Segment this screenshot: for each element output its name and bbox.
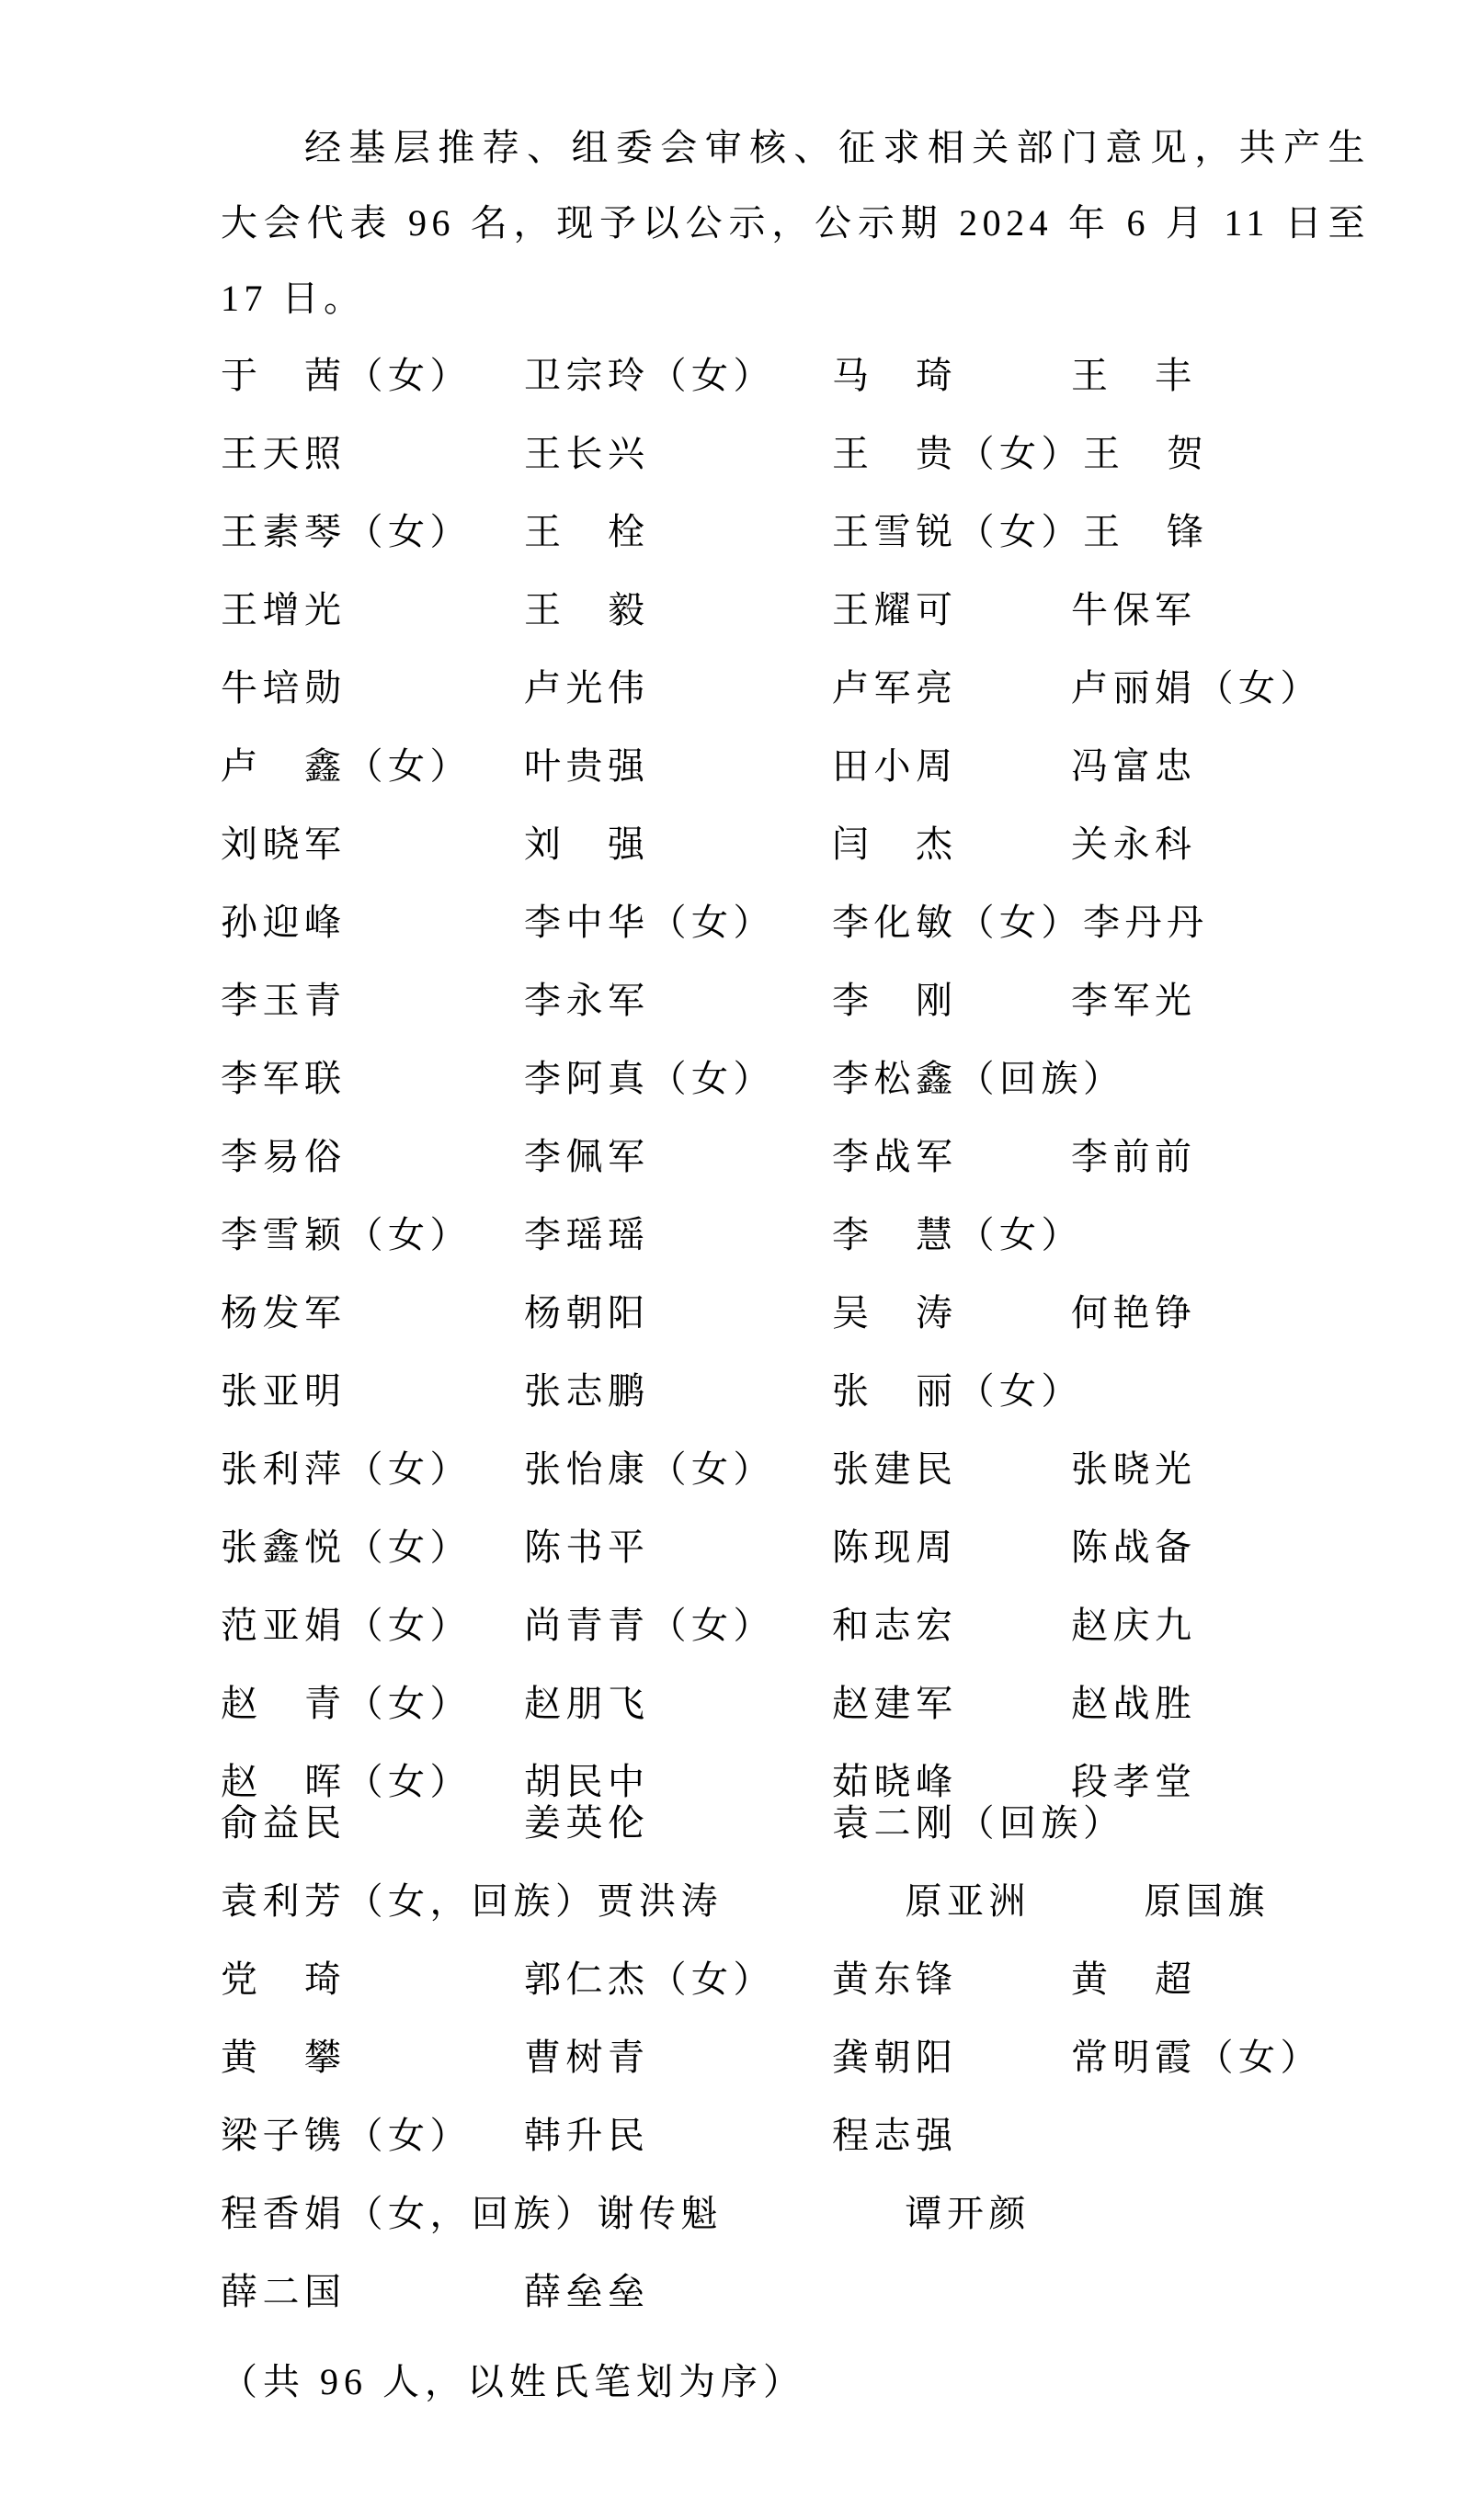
delegate-name: 张建民 [832,1430,1071,1508]
delegate-name: 张志鹏 [524,1352,832,1430]
delegate-name: 曹树青 [524,2018,832,2096]
delegate-name: 牛保军 [1071,571,1197,649]
delegate-name: 王耀可 [832,571,1071,649]
delegate-name: 黄 超 [1071,1940,1197,2018]
name-row: 赵 青（女）赵朋飞赵建军赵战胜 [221,1664,1370,1742]
delegate-name: 马 琦 [832,336,1071,414]
delegate-name: 张利萍（女） [221,1430,524,1508]
name-row: 李军联李阿真（女）李松鑫（回族） [221,1039,1370,1118]
delegate-name: 李 刚 [832,961,1071,1039]
delegate-name: 常明霞（女） [1071,2018,1322,2096]
delegate-name: 赵 青（女） [221,1664,524,1742]
delegate-name: 田小周 [832,727,1071,805]
delegate-name: 李 慧（女） [832,1196,1083,1274]
delegate-name: 薛垒垒 [524,2253,832,2331]
delegate-name: 王雪锐（女） [832,493,1083,571]
delegate-name: 原亚洲 [906,1862,1145,1940]
delegate-name: 王天照 [221,414,524,493]
name-row: 范亚娟（女）尚青青（女）和志宏赵庆九 [221,1586,1370,1664]
delegate-name: 和志宏 [832,1586,1071,1664]
name-row: 黄 攀曹树青龚朝阳常明霞（女） [221,2018,1370,2096]
delegate-name: 俞益民 [221,1784,524,1862]
delegate-name: 李前前 [1071,1118,1197,1196]
delegate-name: 王 锋 [1083,493,1209,571]
delegate-name: 王 贺 [1083,414,1209,493]
delegate-name: 李佩军 [524,1118,832,1196]
delegate-name: 吴 涛 [832,1274,1071,1352]
intro-line-3: 17 日。 [221,261,1370,336]
name-row: 张亚明张志鹏张 丽（女） [221,1352,1370,1430]
delegate-name: 谢传魁 [598,2174,906,2253]
delegate-name: 王长兴 [524,414,832,493]
delegate-name: 陈书平 [524,1508,832,1586]
delegate-name: 黄东锋 [832,1940,1071,2018]
delegate-name: 李化敏（女） [832,883,1083,961]
delegate-name: 卢光伟 [524,649,832,727]
delegate-name: 谭开颜 [906,2174,1145,2253]
delegate-name: 张鑫悦（女） [221,1508,524,1586]
delegate-name: 郭仁杰（女） [524,1940,832,2018]
name-row: 王增光王 毅王耀可牛保军 [221,571,1370,649]
delegate-name: 陈战备 [1071,1508,1197,1586]
delegate-name: 黄 攀 [221,2018,524,2096]
delegate-name: 李丹丹 [1083,883,1209,961]
name-row: 卢 鑫（女）叶贵强田小周冯富忠 [221,727,1370,805]
delegate-name: 牛培勋 [221,649,524,727]
delegate-name: 姜英伦 [524,1784,832,1862]
name-row: 梁子镌（女）韩升民程志强 [221,2096,1370,2174]
intro-line-1: 经基层推荐、组委会审核、征求相关部门意见，共产生 [221,110,1370,186]
delegate-name: 李中华（女） [524,883,832,961]
delegate-name: 梁子镌（女） [221,2096,524,2174]
name-row: 王天照王长兴王 贵（女）王 贺 [221,414,1370,493]
name-row: 刘晓军刘 强闫 杰关永科 [221,805,1370,883]
delegate-name: 赵朋飞 [524,1664,832,1742]
delegate-name: 李易俗 [221,1118,524,1196]
delegate-name: 程香娟（女，回族） [221,2174,598,2253]
name-row: 袁利芳（女，回族）贾洪涛原亚洲原国旗 [221,1862,1370,1940]
delegate-name: 李雪颖（女） [221,1196,524,1274]
name-row: 王素琴（女）王 栓王雪锐（女）王 锋 [221,493,1370,571]
delegate-name: 李军联 [221,1039,524,1118]
intro-paragraph: 经基层推荐、组委会审核、征求相关部门意见，共产生 大会代表 96 名，现予以公示… [221,110,1370,336]
name-row: 牛培勋卢光伟卢军亮卢丽娟（女） [221,649,1370,727]
delegate-name: 尚青青（女） [524,1586,832,1664]
delegate-name: 龚朝阳 [832,2018,1071,2096]
delegate-name: 孙迎峰 [221,883,524,961]
name-row: 李玉青李永军李 刚李军光 [221,961,1370,1039]
delegate-name: 王增光 [221,571,524,649]
name-row: 李雪颖（女）李瑶瑶李 慧（女） [221,1196,1370,1274]
delegate-name: 赵庆九 [1071,1586,1197,1664]
delegate-name: 范亚娟（女） [221,1586,524,1664]
delegate-name: 赵建军 [832,1664,1071,1742]
delegate-name: 刘 强 [524,805,832,883]
delegate-name: 王 栓 [524,493,832,571]
delegate-name: 叶贵强 [524,727,832,805]
delegate-name: 关永科 [1071,805,1197,883]
delegate-name: 卢丽娟（女） [1071,649,1322,727]
delegate-name: 韩升民 [524,2096,832,2174]
notice-page: 经基层推荐、组委会审核、征求相关部门意见，共产生 大会代表 96 名，现予以公示… [221,110,1370,2420]
delegate-name: 李永军 [524,961,832,1039]
intro-line-2: 大会代表 96 名，现予以公示，公示期 2024 年 6 月 11 日至 [221,186,1370,261]
name-row: 张利萍（女）张怡康（女）张建民张晓光 [221,1430,1370,1508]
delegate-name: 于 茜（女） [221,336,524,414]
delegate-name: 李瑶瑶 [524,1196,832,1274]
delegate-name: 赵战胜 [1071,1664,1197,1742]
name-row: 于 茜（女）卫宗玲（女）马 琦王 丰 [221,336,1370,414]
delegate-name: 贾洪涛 [598,1862,906,1940]
delegate-name: 原国旗 [1145,1862,1271,1940]
delegate-name: 杨朝阳 [524,1274,832,1352]
name-row: 党 琦郭仁杰（女）黄东锋黄 超 [221,1940,1370,2018]
name-row: 孙迎峰李中华（女）李化敏（女）李丹丹 [221,883,1370,961]
delegate-name: 李战军 [832,1118,1071,1196]
delegate-name: 袁二刚（回族） [832,1784,1125,1862]
delegate-name: 李阿真（女） [524,1039,832,1118]
delegate-name: 冯富忠 [1071,727,1197,805]
delegate-name: 张 丽（女） [832,1352,1083,1430]
name-row: 俞益民姜英伦袁二刚（回族） [221,1784,1370,1862]
delegate-name: 王 毅 [524,571,832,649]
delegate-name: 王素琴（女） [221,493,524,571]
delegate-name: 王 贵（女） [832,414,1083,493]
delegate-name: 张晓光 [1071,1430,1197,1508]
delegate-name: 李玉青 [221,961,524,1039]
delegate-name: 李军光 [1071,961,1197,1039]
delegate-name: 闫 杰 [832,805,1071,883]
delegate-name: 薛二国 [221,2253,524,2331]
delegate-name: 卢军亮 [832,649,1071,727]
delegate-name: 袁利芳（女，回族） [221,1862,598,1940]
name-row: 程香娟（女，回族）谢传魁谭开颜 [221,2174,1370,2253]
footer-note: （共 96 人，以姓氏笔划为序） [221,2344,1370,2420]
name-row: 李易俗李佩军李战军李前前 [221,1118,1370,1196]
delegate-name: 王 丰 [1071,336,1197,414]
delegate-name: 党 琦 [221,1940,524,2018]
name-row: 杨发军杨朝阳吴 涛何艳铮 [221,1274,1370,1352]
delegate-name: 李松鑫（回族） [832,1039,1125,1118]
name-row: 薛二国薛垒垒 [221,2253,1370,2331]
delegate-name: 刘晓军 [221,805,524,883]
delegate-name: 何艳铮 [1071,1274,1197,1352]
delegate-name: 陈现周 [832,1508,1071,1586]
delegate-name: 张亚明 [221,1352,524,1430]
delegate-name: 程志强 [832,2096,1071,2174]
delegate-name: 杨发军 [221,1274,524,1352]
delegate-name: 张怡康（女） [524,1430,832,1508]
name-row: 张鑫悦（女）陈书平陈现周陈战备 [221,1508,1370,1586]
delegate-name: 卢 鑫（女） [221,727,524,805]
delegate-name: 卫宗玲（女） [524,336,832,414]
delegate-name-list: 于 茜（女）卫宗玲（女）马 琦王 丰王天照王长兴王 贵（女）王 贺王素琴（女）王… [221,336,1370,2331]
